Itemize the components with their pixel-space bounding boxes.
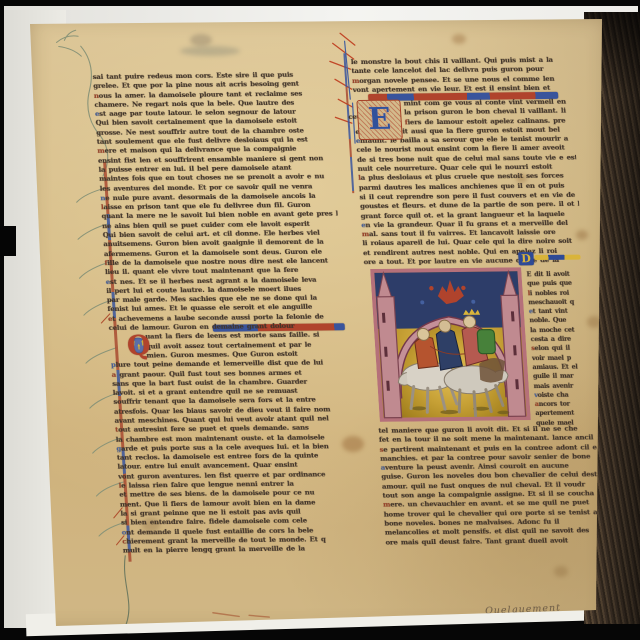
manuscript-photo: sai tant puire redeus mon cors. Este sir… [0,0,640,640]
text-line: mult en la pierre lengq grant la merveil… [123,544,360,556]
left-text-column: sai tant puire redeus mon cors. Este sir… [92,70,359,556]
miniature-illustration [370,267,531,422]
shield-icon [477,330,496,354]
gold-initial-d: D [518,252,534,265]
text-line: la moche cet [530,325,581,335]
illuminated-initial-e: E [356,100,403,140]
decorated-initial-q: Q [123,331,155,362]
right-text-column-bottom: tel maniere que guron li avoit dit. Et s… [378,424,624,547]
initial-d-flourish-bar [534,255,580,260]
right-text-column-beside-miniature: E dit li avoitque puis queli nobles roim… [526,270,586,429]
text-line: que puis que [527,279,578,289]
text-block: sai tant puire redeus mon cors. Este sir… [27,10,640,630]
text-line: ore mais quil deust faire. Tant grant du… [385,536,624,548]
mat-gap [0,226,16,256]
manuscript-page: sai tant puire redeus mon cors. Este sir… [30,16,608,630]
text-line: guile il mar [533,372,584,382]
right-text-column-top: le monstre la bout chis il vaillant. Qui… [351,56,571,96]
